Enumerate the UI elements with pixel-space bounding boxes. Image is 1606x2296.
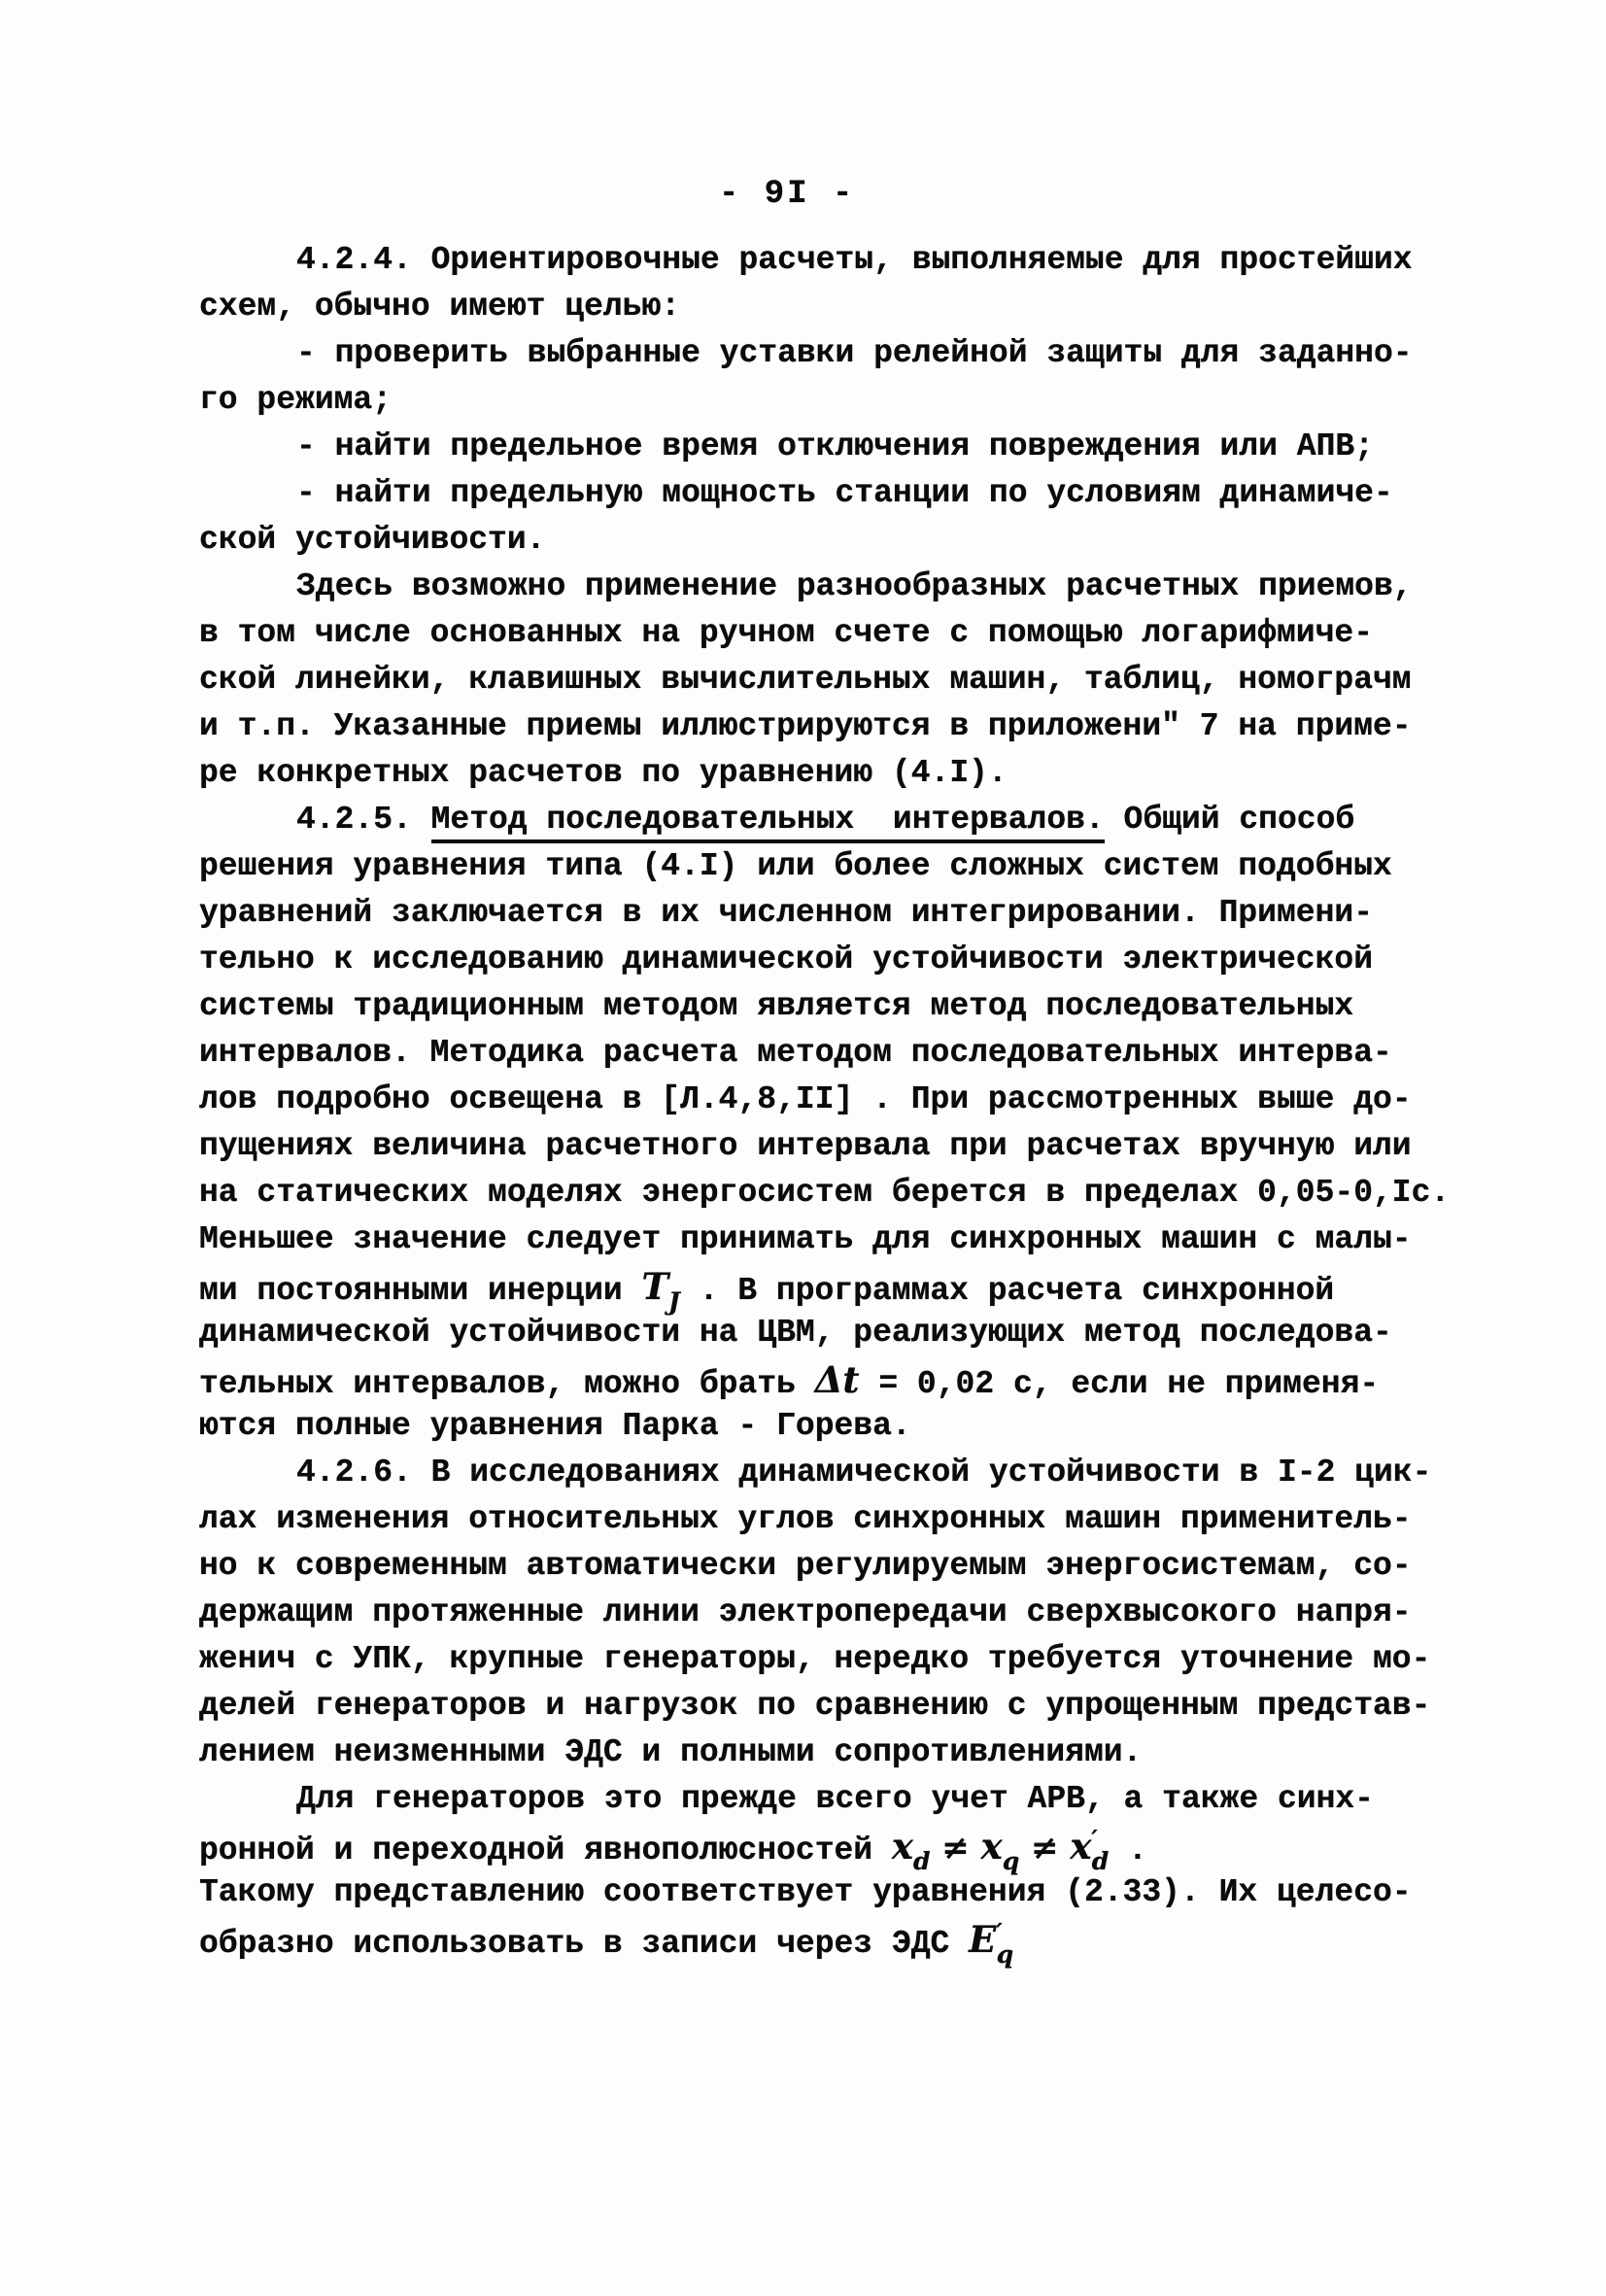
underlined-heading: Метод последовательных интервалов. — [431, 802, 1105, 843]
text-line: ронной и переходной явнополюсностей xd ≠… — [199, 1823, 1525, 1869]
text-segment: уравнений заключается в их численном инт… — [199, 895, 1373, 931]
text-line: ются полные уравнения Парка - Горева. — [199, 1403, 1525, 1450]
text-segment: женич с УПК, крупные генераторы, нередко… — [199, 1641, 1430, 1677]
text-segment: динамической устойчивости на ЦВМ, реализ… — [199, 1315, 1392, 1351]
text-line: в том числе основанных на ручном счете с… — [199, 610, 1525, 657]
text-segment: делей генераторов и нагрузок по сравнени… — [199, 1688, 1430, 1724]
text-segment: 4.2.5. — [296, 802, 431, 838]
text-line: ской устойчивости. — [199, 517, 1525, 564]
document-body: 4.2.4. Ориентировочные расчеты, выполняе… — [199, 237, 1525, 1963]
text-segment: держащим протяженные линии электропереда… — [199, 1594, 1412, 1630]
page-number: - 9I - — [719, 176, 855, 213]
text-segment: ронной и переходной явнополюсностей — [199, 1833, 892, 1868]
text-segment: . В программах расчета синхронной — [680, 1273, 1334, 1309]
text-segment: лах изменения относительных углов синхро… — [199, 1501, 1412, 1537]
text-line: 4.2.4. Ориентировочные расчеты, выполняе… — [199, 237, 1525, 284]
text-line: - найти предельное время отключения повр… — [199, 424, 1525, 470]
text-segment: го режима; — [199, 382, 392, 418]
text-line: лением неизменными ЭДС и полными сопроти… — [199, 1730, 1525, 1776]
text-segment: 4.2.4. Ориентировочные расчеты, выполняе… — [296, 242, 1413, 278]
text-line: женич с УПК, крупные генераторы, нередко… — [199, 1636, 1525, 1683]
text-line: тельных интервалов, можно брать Δt = 0,0… — [199, 1356, 1525, 1403]
text-segment: на статических моделях энергосистем бере… — [199, 1175, 1450, 1211]
text-line: ми постоянными инерции TJ . В программах… — [199, 1263, 1525, 1310]
text-line: системы традиционным методом является ме… — [199, 983, 1525, 1030]
text-segment: и т.п. Указанные приемы иллюстрируются в… — [199, 708, 1412, 744]
text-line: образно использовать в записи через ЭДС … — [199, 1916, 1525, 1963]
math-symbol: TJ — [641, 1265, 679, 1308]
text-line: но к современным автоматически регулируе… — [199, 1543, 1525, 1590]
text-line: ре конкретных расчетов по уравнению (4.I… — [199, 750, 1525, 797]
math-symbol: ≠ — [930, 1829, 980, 1868]
text-line: интервалов. Методика расчета методом пос… — [199, 1030, 1525, 1077]
text-line: Для генераторов это прежде всего учет АР… — [199, 1776, 1525, 1823]
math-symbol: xd — [892, 1825, 931, 1868]
text-segment: . — [1109, 1833, 1147, 1868]
text-line: делей генераторов и нагрузок по сравнени… — [199, 1683, 1525, 1730]
text-line: - найти предельную мощность станции по у… — [199, 470, 1525, 517]
text-line: схем, обычно имеют целью: — [199, 284, 1525, 330]
text-segment: ской линейки, клавишных вычислительных м… — [199, 662, 1412, 698]
text-segment: образно использовать в записи через ЭДС — [199, 1926, 969, 1962]
text-segment: Меньшее значение следует принимать для с… — [199, 1221, 1412, 1257]
text-line: 4.2.6. В исследованиях динамической усто… — [199, 1450, 1525, 1496]
text-segment: ми постоянными инерции — [199, 1273, 641, 1309]
text-segment: решения уравнения типа (4.I) или более с… — [199, 848, 1392, 884]
text-line: решения уравнения типа (4.I) или более с… — [199, 843, 1525, 890]
text-segment: в том числе основанных на ручном счете с… — [199, 615, 1373, 651]
text-segment: интервалов. Методика расчета методом пос… — [199, 1035, 1392, 1071]
text-segment: лением неизменными ЭДС и полными сопроти… — [199, 1734, 1142, 1770]
text-segment: Общий способ — [1105, 802, 1354, 838]
text-segment: схем, обычно имеют целью: — [199, 289, 680, 325]
text-line: лах изменения относительных углов синхро… — [199, 1496, 1525, 1543]
math-symbol: Δt — [815, 1358, 860, 1401]
text-segment: тельно к исследованию динамической устой… — [199, 942, 1373, 977]
text-segment: системы традиционным методом является ме… — [199, 988, 1353, 1024]
text-segment: ются полные уравнения Парка - Горева. — [199, 1408, 911, 1444]
text-line: - проверить выбранные уставки релейной з… — [199, 330, 1525, 377]
math-symbol: ≠ — [1019, 1829, 1070, 1868]
math-symbol: E′q — [969, 1918, 1013, 1961]
text-segment: но к современным автоматически регулируе… — [199, 1548, 1412, 1584]
scanned-document-page: - 9I - 4.2.4. Ориентировочные расчеты, в… — [0, 0, 1606, 2296]
text-line: пущениях величина расчетного интервала п… — [199, 1123, 1525, 1170]
text-segment: Такому представлению соответствует уравн… — [199, 1874, 1412, 1910]
text-segment: тельных интервалов, можно брать — [199, 1366, 815, 1402]
text-line: 4.2.5. Метод последовательных интервалов… — [199, 797, 1525, 843]
text-line: и т.п. Указанные приемы иллюстрируются в… — [199, 703, 1525, 750]
text-line: тельно к исследованию динамической устой… — [199, 937, 1525, 983]
text-segment: - найти предельное время отключения повр… — [296, 428, 1374, 464]
text-line: динамической устойчивости на ЦВМ, реализ… — [199, 1310, 1525, 1356]
text-segment: 4.2.6. В исследованиях динамической усто… — [296, 1455, 1431, 1491]
text-line: ской линейки, клавишных вычислительных м… — [199, 657, 1525, 703]
text-segment: ской устойчивости. — [199, 522, 545, 558]
text-segment: ре конкретных расчетов по уравнению (4.I… — [199, 755, 1008, 791]
text-line: го режима; — [199, 377, 1525, 424]
math-symbol: xq — [981, 1825, 1020, 1868]
text-line: уравнений заключается в их численном инт… — [199, 890, 1525, 937]
text-segment: - найти предельную мощность станции по у… — [296, 475, 1393, 511]
text-line: Меньшее значение следует принимать для с… — [199, 1217, 1525, 1263]
text-segment: лов подробно освещена в [Л.4,8,II] . При… — [199, 1081, 1412, 1117]
text-line: Такому представлению соответствует уравн… — [199, 1869, 1525, 1916]
math-symbol: x′d — [1070, 1825, 1109, 1868]
text-segment: Здесь возможно применение разнообразных … — [296, 568, 1413, 604]
text-segment: Для генераторов это прежде всего учет АР… — [296, 1781, 1374, 1817]
text-line: держащим протяженные линии электропереда… — [199, 1590, 1525, 1636]
text-line: лов подробно освещена в [Л.4,8,II] . При… — [199, 1077, 1525, 1123]
text-segment: пущениях величина расчетного интервала п… — [199, 1128, 1412, 1164]
text-line: на статических моделях энергосистем бере… — [199, 1170, 1525, 1217]
text-segment: = 0,02 с, если не применя- — [860, 1366, 1380, 1402]
text-line: Здесь возможно применение разнообразных … — [199, 564, 1525, 610]
text-segment: - проверить выбранные уставки релейной з… — [296, 335, 1413, 371]
